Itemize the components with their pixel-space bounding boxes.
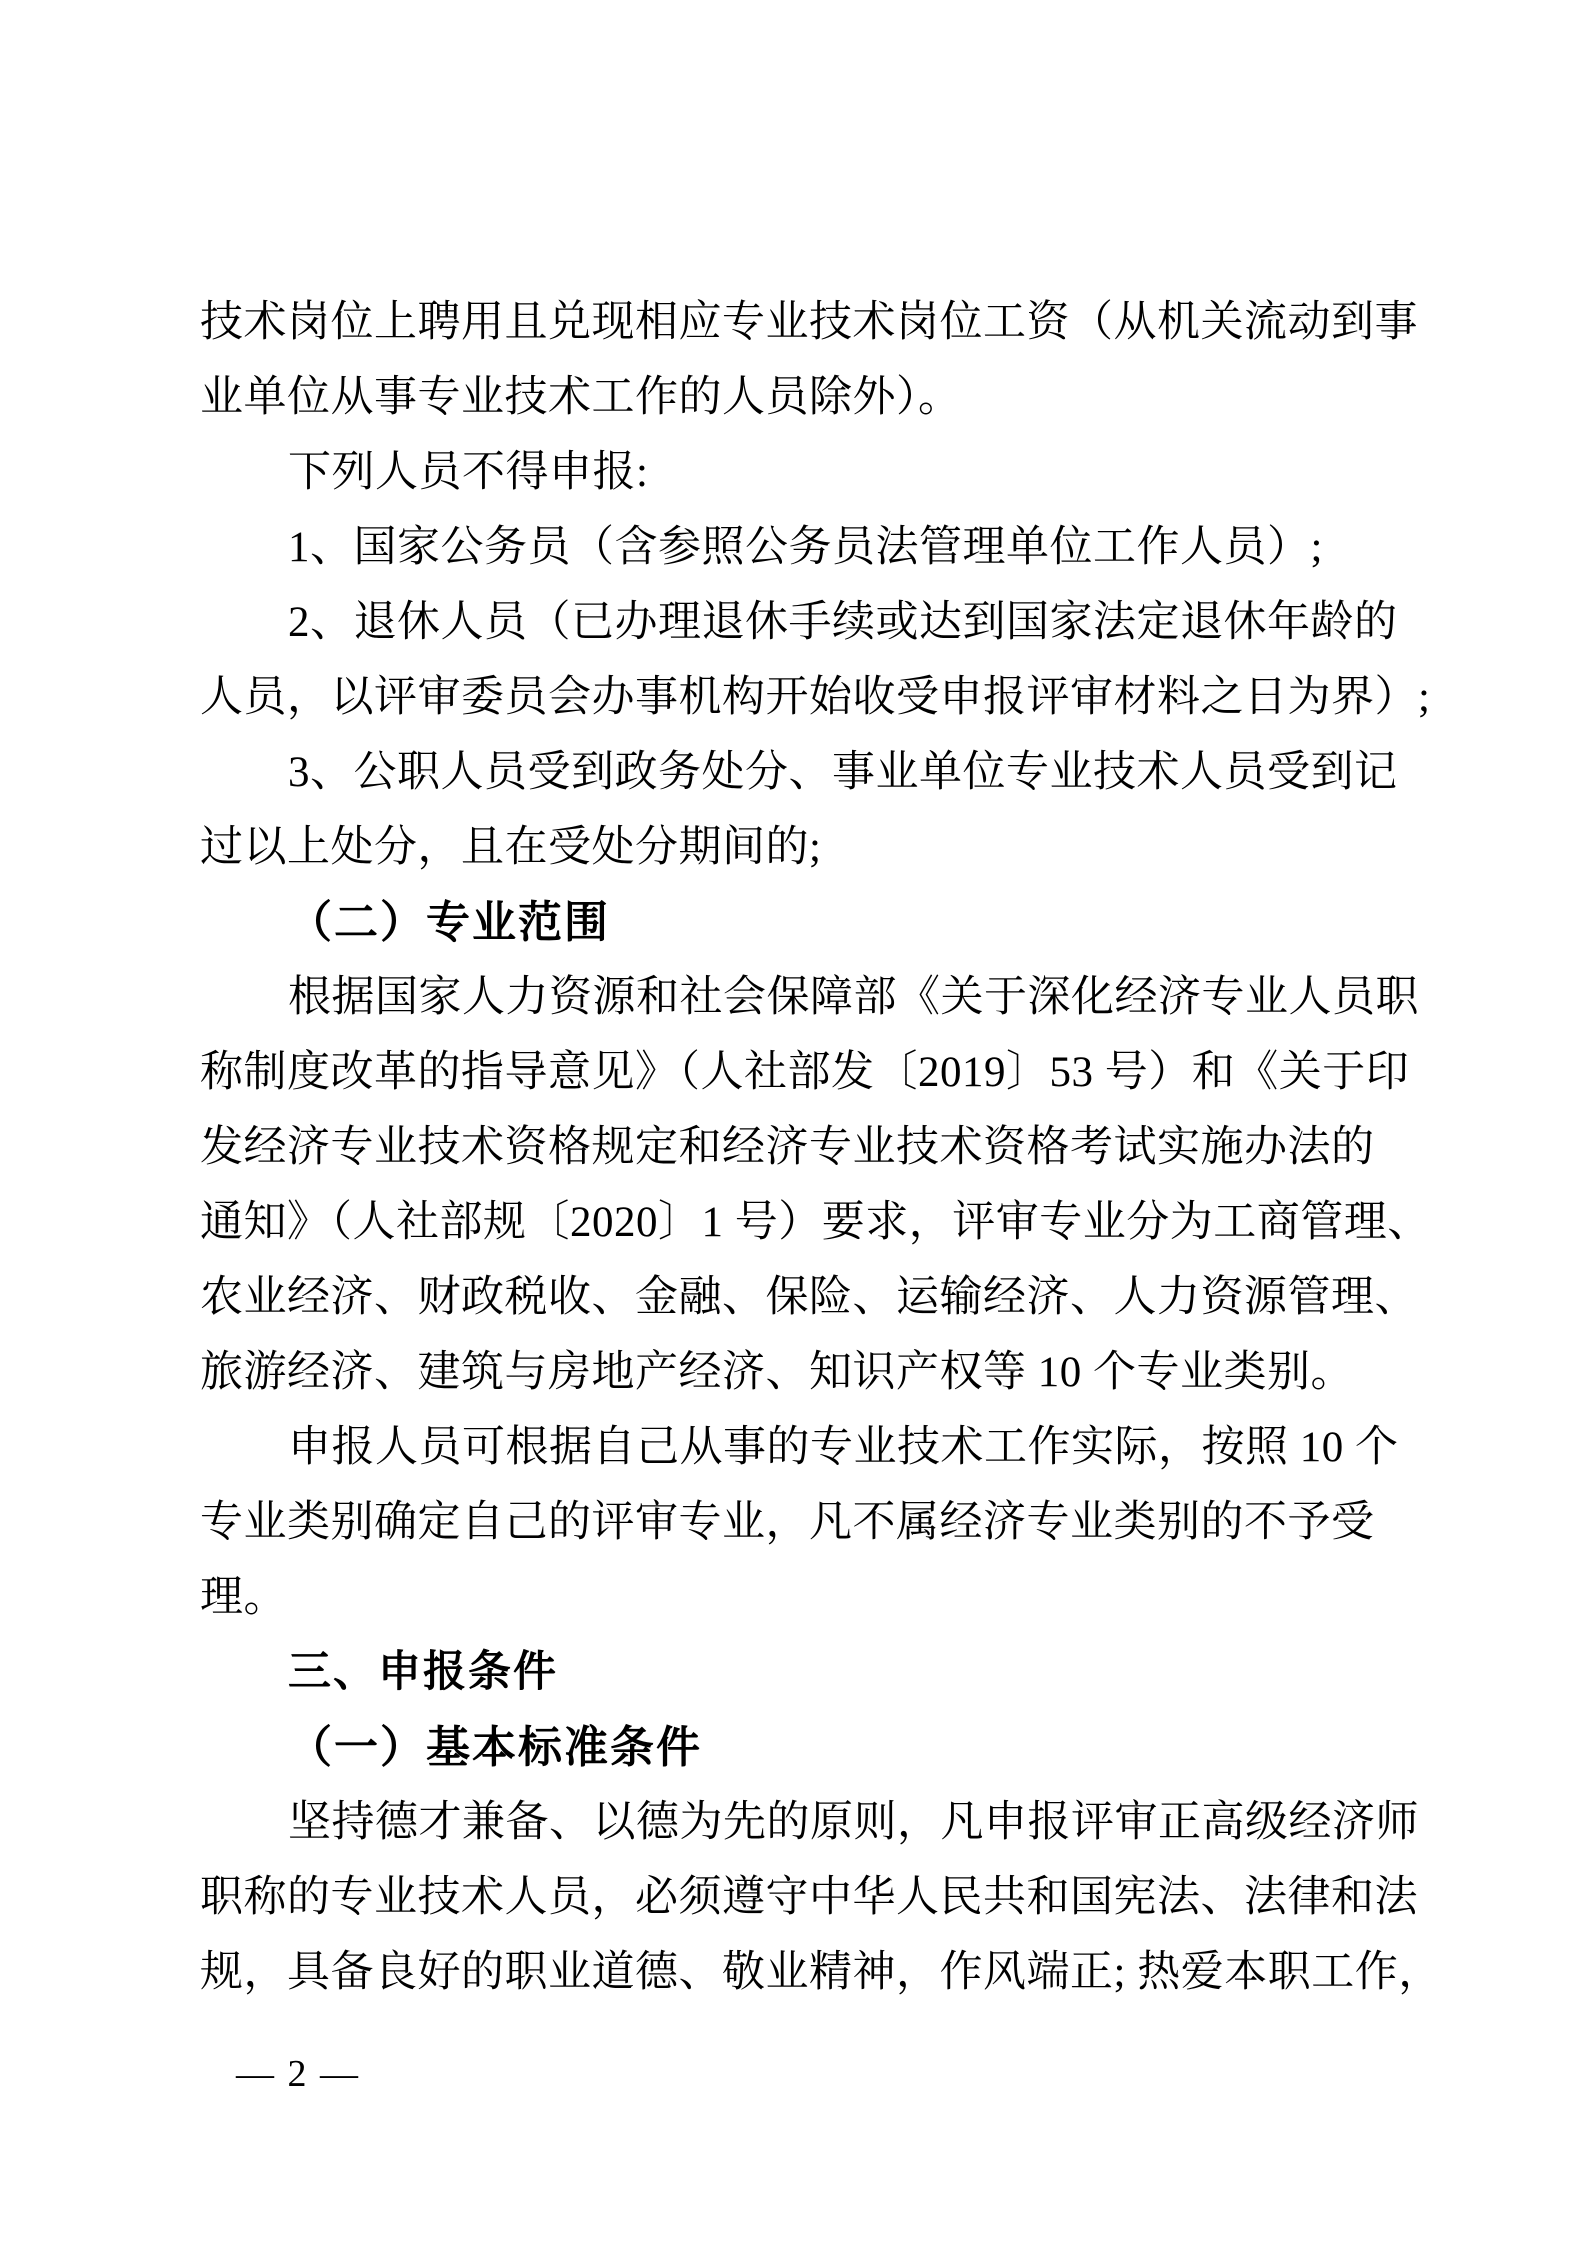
body-line: 坚持德才兼备、以德为先的原则，凡申报评审正高级经济师: [200, 1785, 1396, 1860]
document-body: 技术岗位上聘用且兑现相应专业技术岗位工资（从机关流动到事 业单位从事专业技术工作…: [200, 285, 1396, 2010]
heading-basic-standard-conditions: （一）基本标准条件: [200, 1710, 1396, 1785]
body-line: 称制度改革的指导意见》（人社部发〔2019〕53 号）和《关于印: [200, 1035, 1396, 1110]
body-line: 理。: [200, 1560, 1396, 1635]
heading-specialty-scope: （二）专业范围: [200, 885, 1396, 960]
heading-application-conditions: 三、申报条件: [200, 1635, 1396, 1710]
document-page: 技术岗位上聘用且兑现相应专业技术岗位工资（从机关流动到事 业单位从事专业技术工作…: [0, 0, 1587, 2245]
list-item-1: 1、国家公务员（含参照公务员法管理单位工作人员）;: [200, 510, 1396, 585]
body-line: 申报人员可根据自己从事的专业技术工作实际，按照 10 个: [200, 1410, 1396, 1485]
body-line: 职称的专业技术人员，必须遵守中华人民共和国宪法、法律和法: [200, 1860, 1396, 1935]
body-line: 人员，以评审委员会办事机构开始收受申报评审材料之日为界）;: [200, 660, 1396, 735]
body-line: 下列人员不得申报:: [200, 435, 1396, 510]
body-line: 技术岗位上聘用且兑现相应专业技术岗位工资（从机关流动到事: [200, 285, 1396, 360]
body-line: 专业类别确定自己的评审专业，凡不属经济专业类别的不予受: [200, 1485, 1396, 1560]
body-line: 农业经济、财政税收、金融、保险、运输经济、人力资源管理、: [200, 1260, 1396, 1335]
body-line: 旅游经济、建筑与房地产经济、知识产权等 10 个专业类别。: [200, 1335, 1396, 1410]
page-number: — 2 —: [236, 2052, 360, 2096]
list-item-2: 2、退休人员（已办理退休手续或达到国家法定退休年龄的: [200, 585, 1396, 660]
body-line: 发经济专业技术资格规定和经济专业技术资格考试实施办法的: [200, 1110, 1396, 1185]
body-line: 根据国家人力资源和社会保障部《关于深化经济专业人员职: [200, 960, 1396, 1035]
body-line: 规，具备良好的职业道德、敬业精神，作风端正; 热爱本职工作，: [200, 1935, 1396, 2010]
body-line: 业单位从事专业技术工作的人员除外）。: [200, 360, 1396, 435]
body-line: 通知》（人社部规〔2020〕1 号）要求，评审专业分为工商管理、: [200, 1185, 1396, 1260]
body-line: 过以上处分，且在受处分期间的;: [200, 810, 1396, 885]
list-item-3: 3、公职人员受到政务处分、事业单位专业技术人员受到记: [200, 735, 1396, 810]
